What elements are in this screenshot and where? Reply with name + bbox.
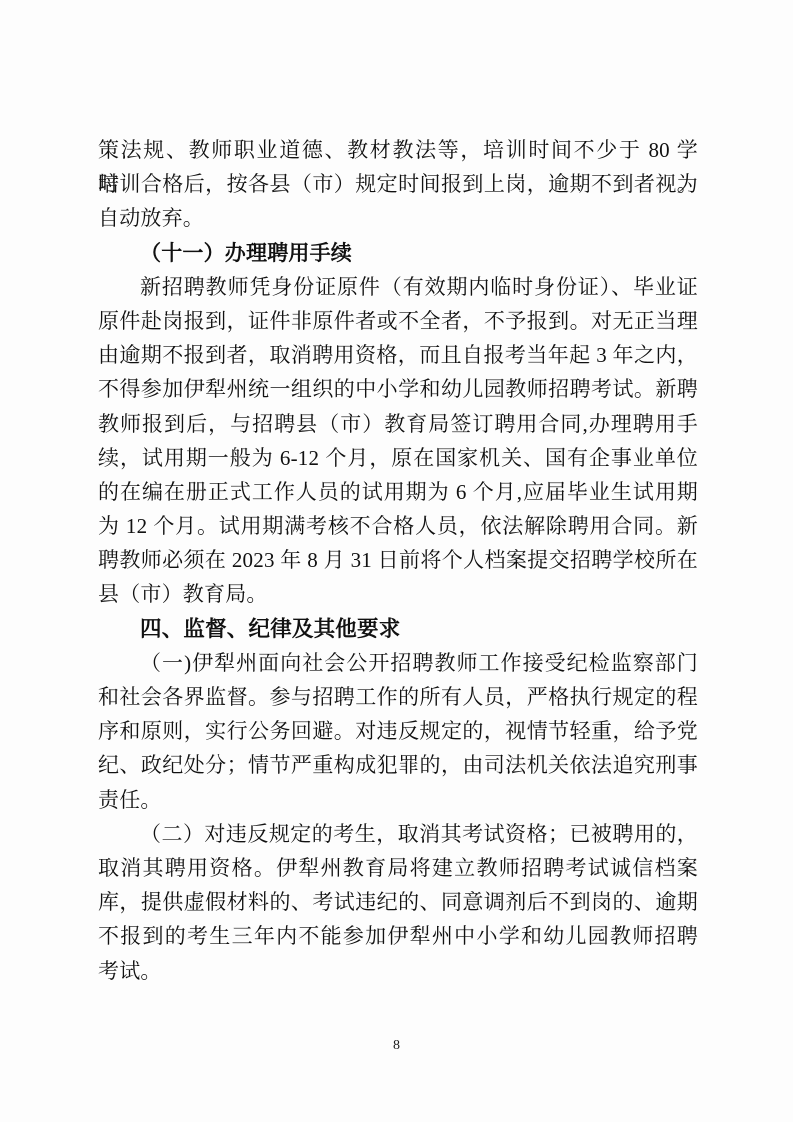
text-line: 不得参加伊犁州统一组织的中小学和幼儿园教师招聘考试。新聘 — [98, 372, 698, 406]
text-line: 不报到的考生三年内不能参加伊犁州中小学和幼儿园教师招聘 — [98, 919, 698, 953]
text-line: 序和原则，实行公务回避。对违反规定的，视情节轻重，给予党 — [98, 714, 698, 748]
text-line: 自动放弃。 — [98, 201, 698, 235]
text-line: 纪、政纪处分；情节严重构成犯罪的，由司法机关依法追究刑事 — [98, 748, 698, 782]
text-line: 策法规、教师职业道德、教材教法等，培训时间不少于 80 学时。 — [98, 133, 698, 167]
text-line: 考试。 — [98, 954, 698, 988]
text-block: 策法规、教师职业道德、教材教法等，培训时间不少于 80 学时。培训合格后，按各县… — [98, 133, 698, 988]
text-line: （二）对违反规定的考生，取消其考试资格；已被聘用的， — [98, 817, 698, 851]
text-line: 由逾期不报到者，取消聘用资格，而且自报考当年起 3 年之内， — [98, 338, 698, 372]
text-line: 教师报到后，与招聘县（市）教育局签订聘用合同,办理聘用手 — [98, 407, 698, 441]
text-line: 为 12 个月。试用期满考核不合格人员，依法解除聘用合同。新 — [98, 509, 698, 543]
section-heading: （十一）办理聘用手续 — [98, 236, 698, 270]
text-line: 续，试用期一般为 6-12 个月，原在国家机关、国有企事业单位 — [98, 441, 698, 475]
text-line: 库，提供虚假材料的、考试违纪的、同意调剂后不到岗的、逾期 — [98, 885, 698, 919]
page-number: 8 — [0, 1038, 793, 1054]
text-line: 聘教师必须在 2023 年 8 月 31 日前将个人档案提交招聘学校所在 — [98, 543, 698, 577]
text-line: 新招聘教师凭身份证原件（有效期内临时身份证）、毕业证 — [98, 270, 698, 304]
text-line: 和社会各界监督。参与招聘工作的所有人员，严格执行规定的程 — [98, 680, 698, 714]
text-line: 取消其聘用资格。伊犁州教育局将建立教师招聘考试诚信档案 — [98, 851, 698, 885]
text-line: 的在编在册正式工作人员的试用期为 6 个月,应届毕业生试用期 — [98, 475, 698, 509]
document-page: 策法规、教师职业道德、教材教法等，培训时间不少于 80 学时。培训合格后，按各县… — [0, 0, 793, 1122]
text-line: 县（市）教育局。 — [98, 577, 698, 611]
text-line: 责任。 — [98, 783, 698, 817]
text-line: 原件赴岗报到，证件非原件者或不全者，不予报到。对无正当理 — [98, 304, 698, 338]
text-line: （一)伊犁州面向社会公开招聘教师工作接受纪检监察部门 — [98, 646, 698, 680]
text-line: 培训合格后，按各县（市）规定时间报到上岗，逾期不到者视为 — [98, 167, 698, 201]
section-heading: 四、监督、纪律及其他要求 — [98, 612, 698, 646]
